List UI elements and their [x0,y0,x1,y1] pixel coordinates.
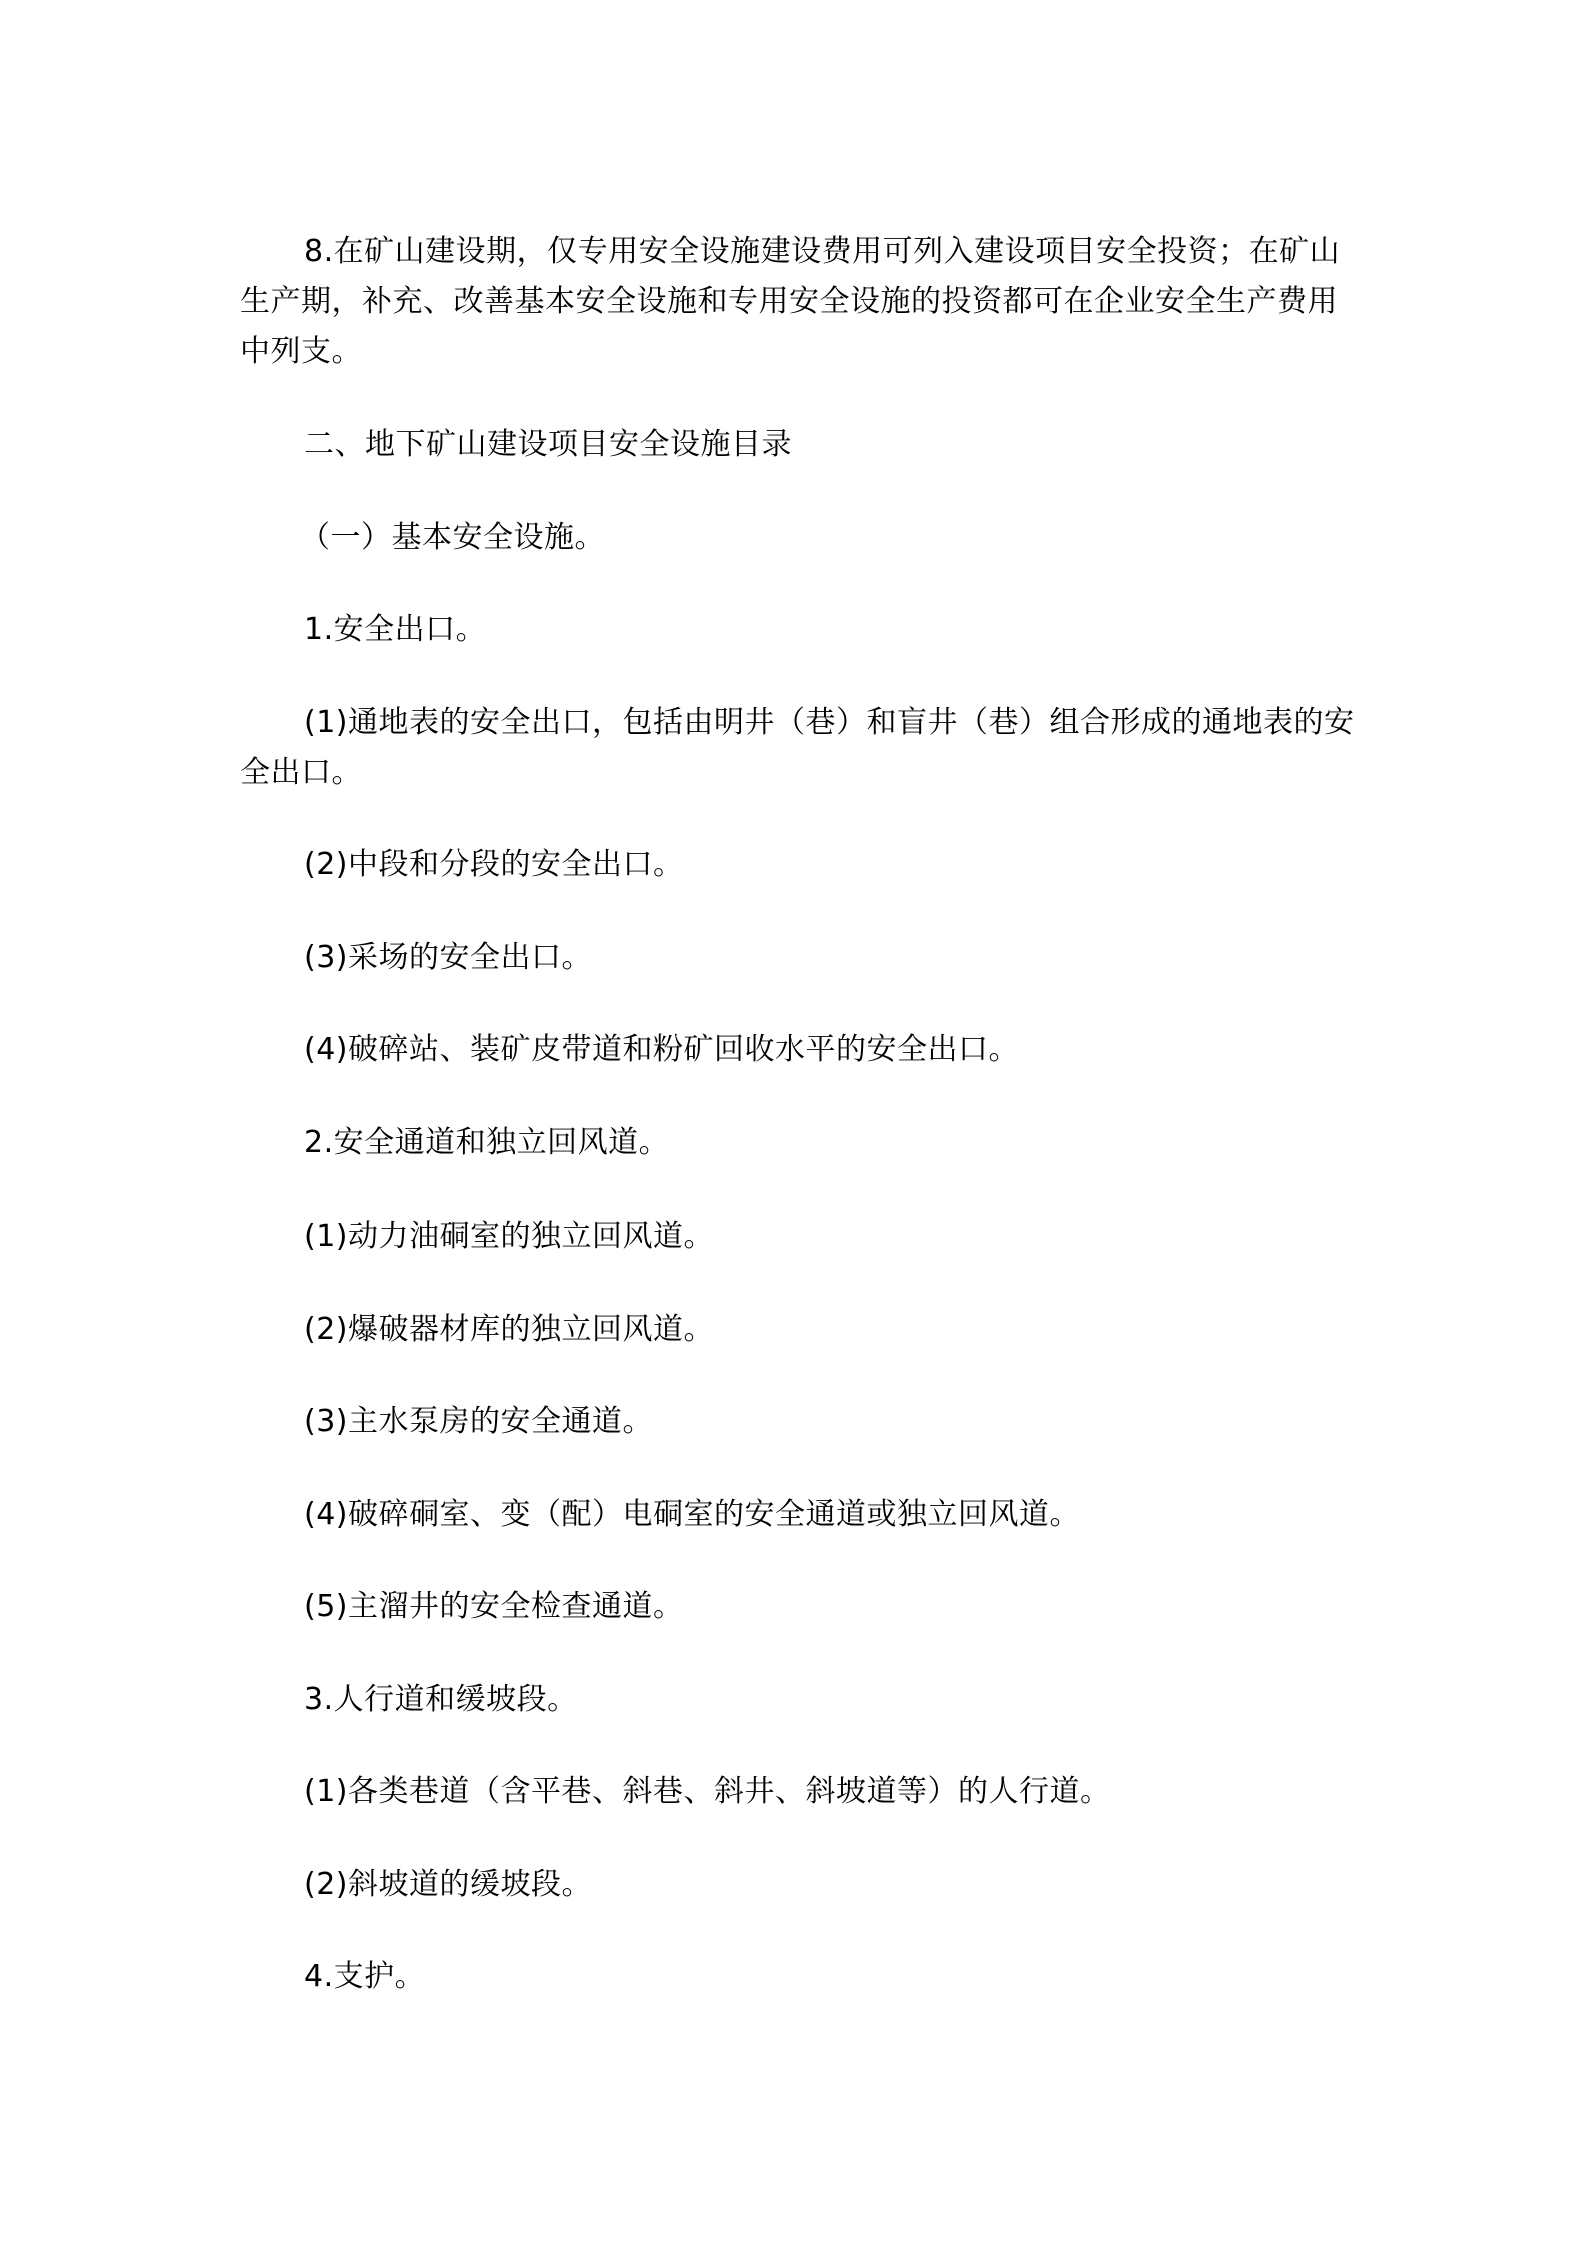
item-heading: 2.安全通道和独立回风道。 [240,1118,1360,1168]
item-heading: 1.安全出口。 [240,605,1360,655]
list-item: (3)主水泵房的安全通道。 [240,1397,1360,1447]
list-item: (3)采场的安全出口。 [240,933,1360,983]
list-item: (2)爆破器材库的独立回风道。 [240,1305,1360,1355]
item-heading: 3.人行道和缓坡段。 [240,1675,1360,1725]
list-item: (1)各类巷道（含平巷、斜巷、斜井、斜坡道等）的人行道。 [240,1767,1360,1817]
paragraph-investment-note: 8.在矿山建设期，仅专用安全设施建设费用可列入建设项目安全投资；在矿山生产期，补… [240,227,1360,377]
subsection-heading: （一）基本安全设施。 [300,513,1420,563]
list-item: (4)破碎硐室、变（配）电硐室的安全通道或独立回风道。 [240,1490,1360,1540]
list-item: (2)斜坡道的缓坡段。 [240,1860,1360,1910]
list-item: (1)通地表的安全出口，包括由明井（巷）和盲井（巷）组合形成的通地表的安全出口。 [240,698,1360,798]
section-heading: 二、地下矿山建设项目安全设施目录 [240,420,1360,470]
list-item: (5)主溜井的安全检查通道。 [240,1582,1360,1632]
item-heading: 4.支护。 [240,1952,1360,2002]
list-item: (2)中段和分段的安全出口。 [240,840,1360,890]
list-item: (4)破碎站、装矿皮带道和粉矿回收水平的安全出口。 [240,1025,1360,1075]
list-item: (1)动力油硐室的独立回风道。 [240,1212,1360,1262]
